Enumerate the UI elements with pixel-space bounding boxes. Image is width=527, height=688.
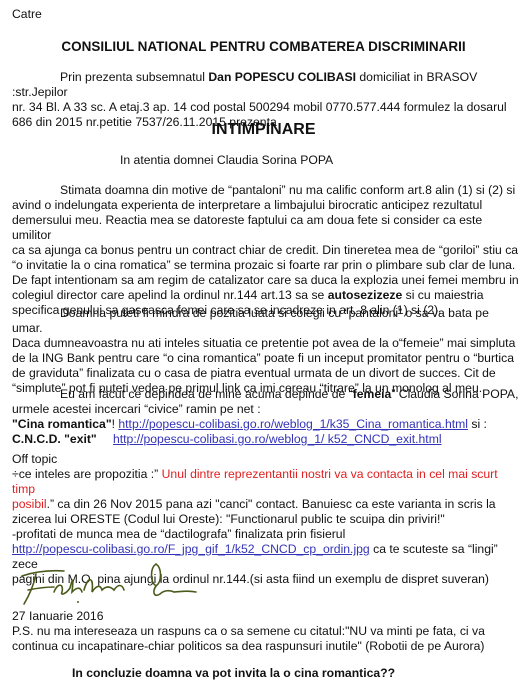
cina-romantica-link[interactable]: http://popescu-colibasi.go.ro/weblog_1/k… — [118, 417, 468, 431]
ordin-jpg-link[interactable]: http://popescu-colibasi.go.ro/F_jpg_gif_… — [12, 542, 370, 556]
recipient-title: CONSILIUL NATIONAL PENTRU COMBATEREA DIS… — [0, 39, 527, 54]
addressee-label: Catre — [12, 7, 521, 22]
conclusion: In concluzie doamna va pot invita la o c… — [72, 666, 521, 681]
paragraph-3: Eu am facut ce depindea de mine acuma de… — [12, 387, 521, 447]
attention-line: In atentia domnei Claudia Sorina POPA — [120, 153, 521, 168]
offtopic-title: Off topic — [12, 452, 521, 467]
document-date: 27 Ianuarie 2016 — [12, 609, 521, 624]
paragraph-2: Doamna puteti fi mindra de pozitia luata… — [12, 306, 521, 396]
author-name: Dan POPESCU COLIBASI — [208, 70, 356, 84]
postscript: P.S. nu ma intereseaza un raspuns ca o s… — [12, 624, 521, 654]
paragraph-1: Stimata doamna din motive de “pantaloni”… — [12, 183, 521, 318]
signature-image — [14, 562, 199, 608]
document-heading: INTIMPINARE — [0, 122, 527, 137]
cncd-exit-link[interactable]: http://popescu-colibasi.go.ro/weblog_1/ … — [113, 432, 442, 446]
